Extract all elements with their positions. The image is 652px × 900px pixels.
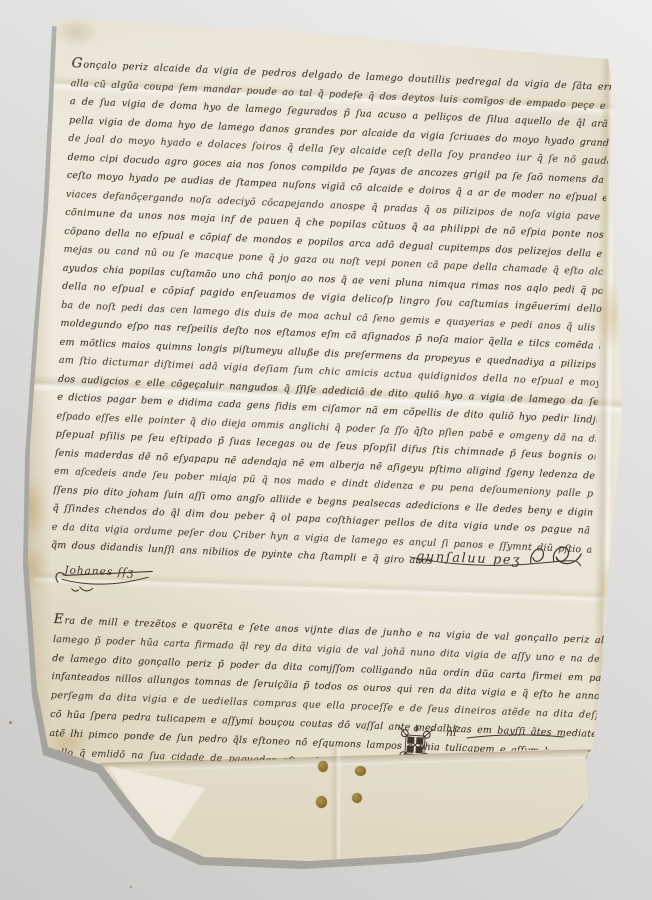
stain: [12, 544, 48, 590]
main-text-block: Gonçalo periz alcaide da vigia de pedros…: [50, 54, 611, 583]
notary-mark-text: nl̃: [446, 726, 457, 739]
notary-rule-line-icon: [466, 733, 566, 741]
parchment-top-edge-shading: [40, 1, 615, 43]
stain: [54, 18, 98, 46]
background-speck: [9, 721, 12, 724]
background-speck: [130, 886, 132, 888]
photo-background: Gonçalo periz alcaide da vigia de pedros…: [0, 0, 652, 900]
notary-closing-signature: gunſaluu peʒ: [415, 534, 606, 582]
signature-flourish-icon: [50, 566, 163, 596]
stain: [14, 476, 46, 542]
left-signature: Johanes ſſʒ: [49, 558, 170, 604]
